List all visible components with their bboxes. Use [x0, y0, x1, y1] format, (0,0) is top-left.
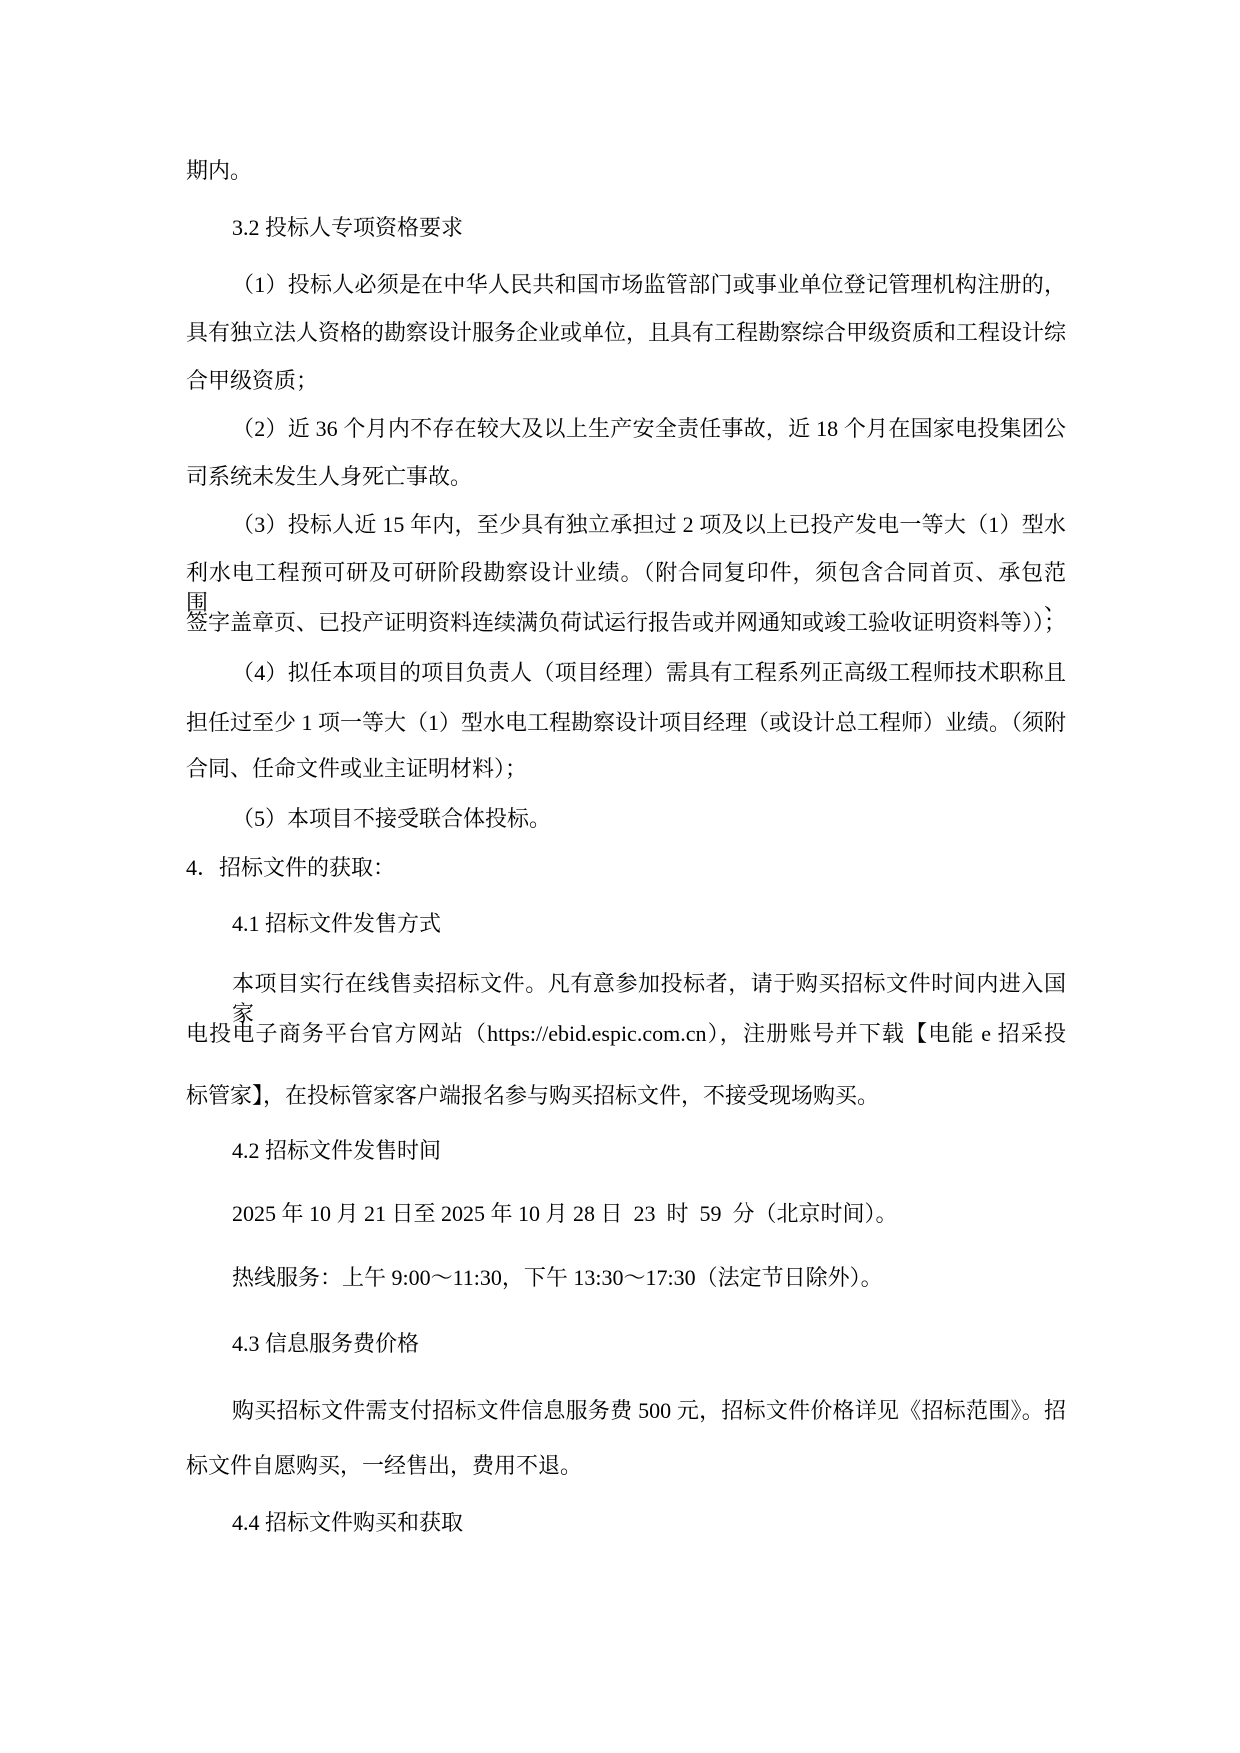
document-body: 期内。3.2 投标人专项资格要求（1）投标人必须是在中华人民共和国市场监管部门或… — [186, 156, 1066, 1565]
document-line: 签字盖章页、已投产证明资料连续满负荷试运行报告或并网通知或竣工验收证明资料等））… — [186, 608, 1066, 658]
document-line: 合甲级资质； — [186, 366, 1066, 414]
document-page: 期内。3.2 投标人专项资格要求（1）投标人必须是在中华人民共和国市场监管部门或… — [0, 0, 1240, 1753]
document-line: 4.2 招标文件发售时间 — [186, 1136, 1066, 1199]
document-line: 合同、任命文件或业主证明材料）； — [186, 754, 1066, 804]
document-line: （2）近 36 个月内不存在较大及以上生产安全责任事故，近 18 个月在国家电投… — [186, 414, 1066, 462]
document-line: （5）本项目不接受联合体投标。 — [186, 804, 1066, 853]
document-line: 标文件自愿购买，一经售出，费用不退。 — [186, 1451, 1066, 1508]
document-line: 热线服务：上午 9:00～11:30，下午 13:30～17:30（法定节日除外… — [186, 1263, 1066, 1329]
document-line: 3.2 投标人专项资格要求 — [186, 213, 1066, 270]
document-line: 电投电子商务平台官方网站（https://ebid.espic.com.cn），… — [186, 1019, 1066, 1081]
document-line: 2025 年 10 月 21 日至 2025 年 10 月 28 日 23 时 … — [186, 1199, 1066, 1263]
document-line: （4）拟任本项目的项目负责人（项目经理）需具有工程系列正高级工程师技术职称且 — [186, 658, 1066, 708]
document-line: 购买招标文件需支付招标文件信息服务费 500 元，招标文件价格详见《招标范围》。… — [186, 1396, 1066, 1451]
document-line: 期内。 — [186, 156, 1066, 213]
document-line: 担任过至少 1 项一等大（1）型水电工程勘察设计项目经理（或设计总工程师）业绩。… — [186, 708, 1066, 754]
document-line: 利水电工程预可研及可研阶段勘察设计业绩。（附合同复印件，须包含合同首页、承包范围… — [186, 558, 1066, 608]
document-line: （1）投标人必须是在中华人民共和国市场监管部门或事业单位登记管理机构注册的， — [186, 270, 1066, 318]
document-line: 4.1 招标文件发售方式 — [186, 909, 1066, 969]
document-line: （3）投标人近 15 年内，至少具有独立承担过 2 项及以上已投产发电一等大（1… — [186, 510, 1066, 558]
document-line: 具有独立法人资格的勘察设计服务企业或单位，且具有工程勘察综合甲级资质和工程设计综 — [186, 318, 1066, 366]
document-line: 4．招标文件的获取： — [186, 853, 1066, 909]
document-line: 本项目实行在线售卖招标文件。凡有意参加投标者，请于购买招标文件时间内进入国家 — [186, 969, 1066, 1019]
document-line: 4.4 招标文件购买和获取 — [186, 1508, 1066, 1565]
document-line: 4.3 信息服务费价格 — [186, 1329, 1066, 1396]
document-line: 标管家】，在投标管家客户端报名参与购买招标文件，不接受现场购买。 — [186, 1081, 1066, 1136]
document-line: 司系统未发生人身死亡事故。 — [186, 462, 1066, 510]
